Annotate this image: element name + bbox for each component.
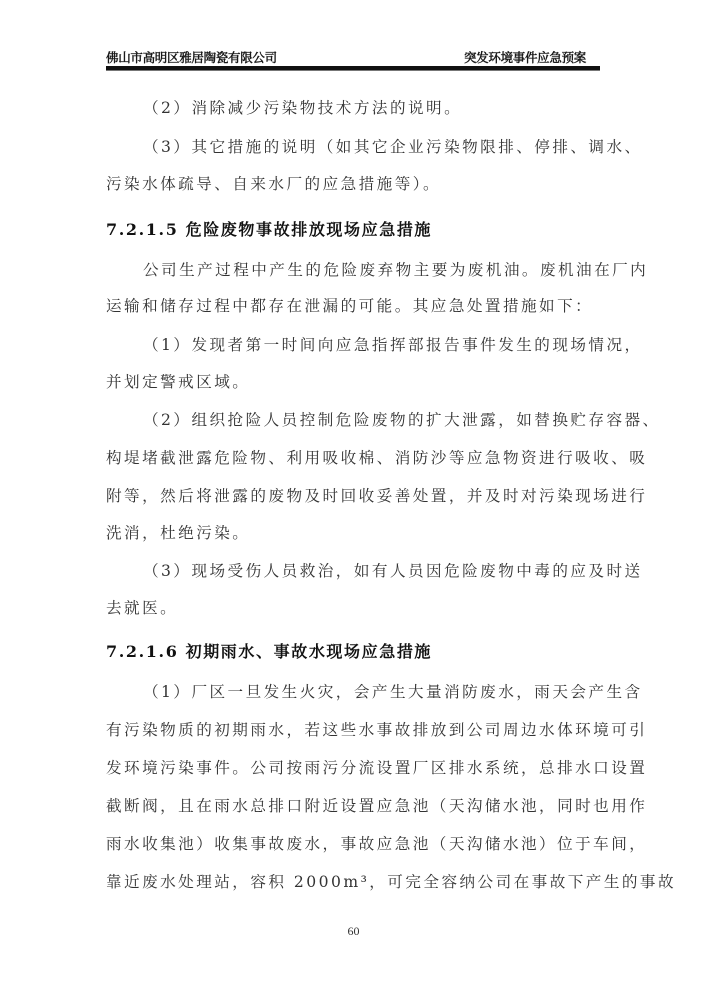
list-item-line: 截断阀，且在雨水总排口附近设置应急池（天沟储水池，同时也用作 bbox=[106, 796, 600, 816]
list-item-line: （1）发现者第一时间向应急指挥部报告事件发生的现场情况， bbox=[143, 335, 600, 355]
list-item-line: 靠近废水处理站，容积 2000m³，可完全容纳公司在事故下产生的事故 bbox=[106, 872, 600, 892]
paragraph-line: （3）其它措施的说明（如其它企业污染物限排、停排、调水、 bbox=[143, 137, 600, 157]
page-header: 佛山市高明区雅居陶瓷有限公司 突发环境事件应急预案 bbox=[106, 46, 600, 68]
list-item-line: 有污染物质的初期雨水，若这些水事故排放到公司周边水体环境可引 bbox=[106, 720, 600, 740]
list-item-line: 去就医。 bbox=[106, 598, 600, 618]
list-item-line: 并划定警戒区域。 bbox=[106, 372, 600, 392]
header-rule bbox=[106, 66, 600, 71]
header-document-title: 突发环境事件应急预案 bbox=[464, 48, 586, 66]
paragraph-line: 污染水体疏导、自来水厂的应急措施等）。 bbox=[106, 174, 600, 194]
paragraph-line: 运输和储存过程中都存在泄漏的可能。其应急处置措施如下： bbox=[106, 296, 600, 316]
list-item-line: 洗消，杜绝污染。 bbox=[106, 523, 600, 543]
section-heading-7-2-1-6: 7.2.1.6 初期雨水、事故水现场应急措施 bbox=[106, 642, 432, 662]
paragraph-line: 公司生产过程中产生的危险废弃物主要为废机油。废机油在厂内 bbox=[143, 260, 600, 280]
list-item-line: 雨水收集池）收集事故废水，事故应急池（天沟储水池）位于车间， bbox=[106, 834, 600, 854]
paragraph-line: （2）消除减少污染物技术方法的说明。 bbox=[143, 98, 600, 118]
list-item-line: （1）厂区一旦发生火灾，会产生大量消防废水，雨天会产生含 bbox=[143, 682, 600, 702]
list-item-line: 发环境污染事件。公司按雨污分流设置厂区排水系统，总排水口设置 bbox=[106, 758, 600, 778]
list-item-line: （2）组织抢险人员控制危险废物的扩大泄露，如替换贮存容器、 bbox=[143, 410, 600, 430]
list-item-line: （3）现场受伤人员救治，如有人员因危险废物中毒的应及时送 bbox=[143, 561, 600, 581]
list-item-line: 附等，然后将泄露的废物及时回收妥善处置，并及时对污染现场进行 bbox=[106, 486, 600, 506]
page-number: 60 bbox=[0, 924, 707, 939]
section-heading-7-2-1-5: 7.2.1.5 危险废物事故排放现场应急措施 bbox=[106, 220, 432, 240]
list-item-line: 构堤堵截泄露危险物、利用吸收棉、消防沙等应急物资进行吸收、吸 bbox=[106, 448, 600, 468]
header-company-name: 佛山市高明区雅居陶瓷有限公司 bbox=[106, 48, 277, 66]
